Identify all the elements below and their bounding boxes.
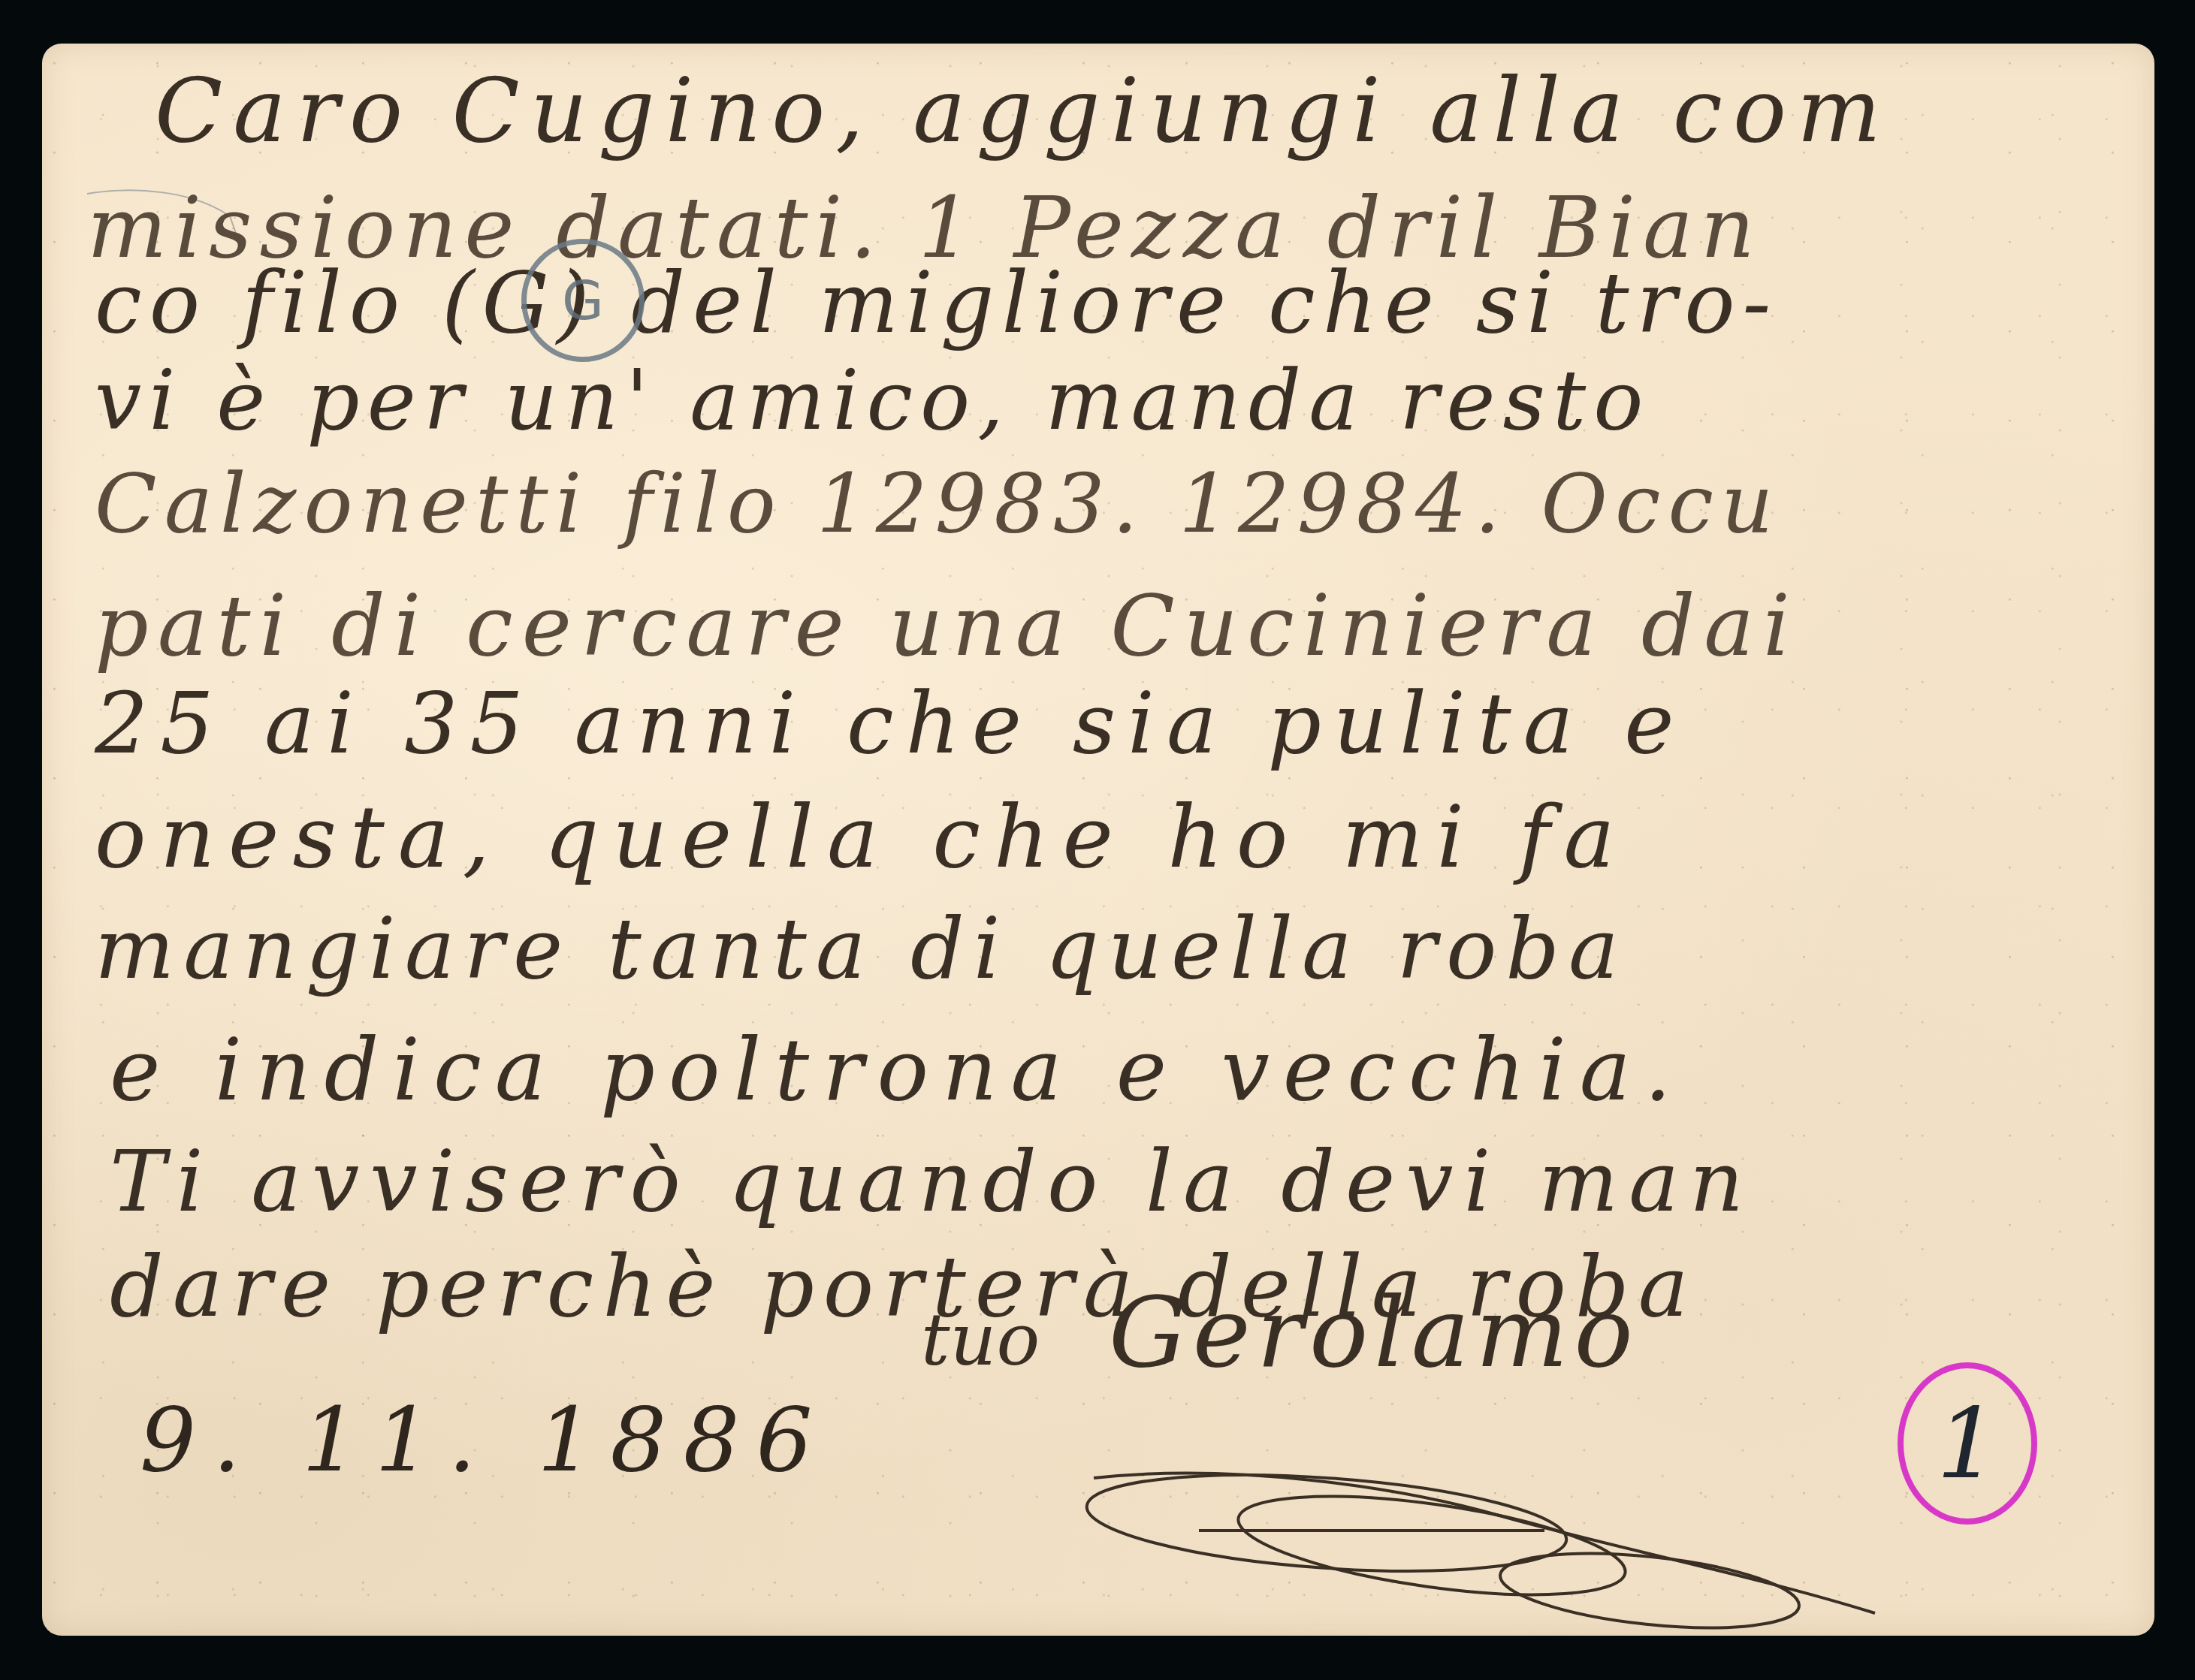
letter-line-3: co filo (G) del migliore che si tro- (95, 261, 1778, 345)
letter-line-6: pati di cercare una Cuciniera dai (95, 584, 1799, 668)
signature-flourish (1079, 1463, 1890, 1636)
magenta-mark-number: 1 (1937, 1386, 1999, 1501)
letter-line-9: mangiare tanta di quella roba (95, 907, 1628, 991)
closing-word: tuo (921, 1298, 1040, 1382)
letter-date: 9. 11. 1886 (140, 1388, 829, 1491)
letter-line-8: onesta, quella che ho mi fa (95, 795, 1628, 880)
blue-circled-mark: G (521, 239, 645, 362)
letter-line-11: Ti avviserò quando la devi man (110, 1140, 1754, 1224)
signature: Gerolamo (1109, 1275, 1639, 1389)
blue-mark-letter: G (562, 269, 604, 332)
letter-line-1: Caro Cugino, aggiungi alla com (155, 66, 1892, 155)
letter-line-10: e indica poltrona e vecchia. (110, 1027, 1685, 1113)
letter-line-7: 25 ai 35 anni che sia pulita e (95, 682, 1686, 766)
magenta-circled-number: 1 (1898, 1362, 2037, 1525)
postcard: Caro Cugino, aggiungi alla com missione … (42, 44, 2154, 1636)
letter-line-5: Calzonetti filo 12983. 12984. Occu (95, 464, 1781, 545)
letter-line-4: vi è per un' amico, manda resto (95, 359, 1650, 442)
